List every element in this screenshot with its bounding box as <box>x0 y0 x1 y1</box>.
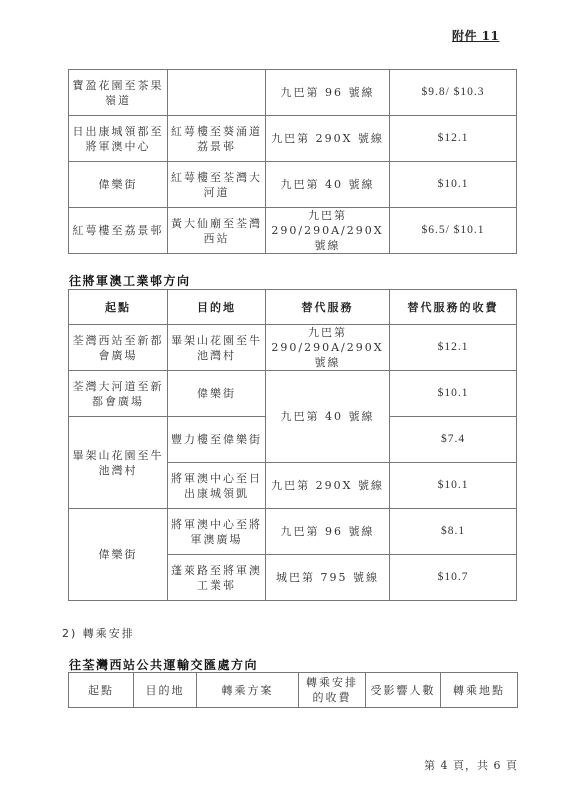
interchange-table: 起點 目的地 轉乘方案 轉乘安排的收費 受影響人數 轉乘地點 <box>68 672 518 708</box>
page-number: 第 4 頁，共 6 頁 <box>424 757 518 773</box>
header-row: 起點 目的地 替代服務 替代服務的收費 <box>69 290 517 325</box>
header-location: 轉乘地點 <box>441 673 518 708</box>
header-destination: 目的地 <box>168 290 266 325</box>
destination-cell: 偉樂街 <box>168 371 266 417</box>
destination-cell: 蓬萊路至將軍澳工業邨 <box>168 555 266 601</box>
origin-cell: 日出康城領都至將軍澳中心 <box>69 116 168 162</box>
header-origin: 起點 <box>69 673 134 708</box>
destination-cell: 紅萼樓至葵涌道荔景邨 <box>168 116 266 162</box>
tko-direction-table: 起點 目的地 替代服務 替代服務的收費 荃灣西站至新都會廣場 畢架山花園至牛池灣… <box>68 289 517 601</box>
destination-cell: 將軍澳中心至日出康城領凱 <box>168 463 266 509</box>
header-fare: 替代服務的收費 <box>390 290 517 325</box>
fare-cell: $9.8/ $10.3 <box>390 70 517 116</box>
header-plan: 轉乘方案 <box>197 673 299 708</box>
table-row: 荃灣西站至新都會廣場 畢架山花園至牛池灣村 九巴第 290/290A/290X … <box>69 325 517 371</box>
table-row: 日出康城領都至將軍澳中心 紅萼樓至葵涌道荔景邨 九巴第 290X 號線 $12.… <box>69 116 517 162</box>
header-destination: 目的地 <box>134 673 197 708</box>
destination-cell: 黃大仙廟至荃灣西站 <box>168 208 266 254</box>
fare-cell: $12.1 <box>390 116 517 162</box>
origin-cell: 荃灣大河道至新都會廣場 <box>69 371 168 417</box>
fare-cell: $10.1 <box>390 463 517 509</box>
annex-label: 附件 11 <box>452 27 499 44</box>
interchange-heading: 2) 轉乘安排 <box>62 625 135 641</box>
destination-cell: 將軍澳中心至將軍澳廣場 <box>168 509 266 555</box>
table-row: 偉樂街 紅萼樓至荃灣大河道 九巴第 40 號線 $10.1 <box>69 162 517 208</box>
service-cell: 九巴第 290X 號線 <box>266 116 390 162</box>
service-cell: 九巴第 290X 號線 <box>266 463 390 509</box>
section-title-tko: 往將軍澳工業邨方向 <box>69 272 191 289</box>
fare-cell: $10.7 <box>390 555 517 601</box>
service-cell: 九巴第 290/290A/290X 號線 <box>266 208 390 254</box>
origin-cell: 寶盈花園至茶果嶺道 <box>69 70 168 116</box>
header-service: 替代服務 <box>266 290 390 325</box>
service-cell: 九巴第 40 號線 <box>266 162 390 208</box>
fare-cell: $6.5/ $10.1 <box>390 208 517 254</box>
table-row: 偉樂街 將軍澳中心至將軍澳廣場 九巴第 96 號線 $8.1 <box>69 509 517 555</box>
origin-cell: 偉樂街 <box>69 509 168 601</box>
header-fare: 轉乘安排的收費 <box>299 673 366 708</box>
table-row: 荃灣大河道至新都會廣場 偉樂街 九巴第 40 號線 $10.1 <box>69 371 517 417</box>
destination-cell: 紅萼樓至荃灣大河道 <box>168 162 266 208</box>
destination-cell <box>168 70 266 116</box>
header-origin: 起點 <box>69 290 168 325</box>
continued-fare-table: 寶盈花園至茶果嶺道 九巴第 96 號線 $9.8/ $10.3 日出康城領都至將… <box>68 69 517 254</box>
service-cell: 九巴第 40 號線 <box>266 371 390 463</box>
header-affected: 受影響人數 <box>366 673 441 708</box>
header-row: 起點 目的地 轉乘方案 轉乘安排的收費 受影響人數 轉乘地點 <box>69 673 518 708</box>
origin-cell: 荃灣西站至新都會廣場 <box>69 325 168 371</box>
service-cell: 九巴第 96 號線 <box>266 509 390 555</box>
origin-cell: 偉樂街 <box>69 162 168 208</box>
origin-cell: 畢架山花園至牛池灣村 <box>69 417 168 509</box>
service-cell: 城巴第 795 號線 <box>266 555 390 601</box>
table-row: 寶盈花園至茶果嶺道 九巴第 96 號線 $9.8/ $10.3 <box>69 70 517 116</box>
service-cell: 九巴第 96 號線 <box>266 70 390 116</box>
destination-cell: 畢架山花園至牛池灣村 <box>168 325 266 371</box>
fare-cell: $12.1 <box>390 325 517 371</box>
destination-cell: 豐力樓至偉樂街 <box>168 417 266 463</box>
section-title-tsuen-wan: 往荃灣西站公共運輸交匯處方向 <box>69 656 258 673</box>
service-cell: 九巴第 290/290A/290X 號線 <box>266 325 390 371</box>
table-row: 紅萼樓至荔景邨 黃大仙廟至荃灣西站 九巴第 290/290A/290X 號線 $… <box>69 208 517 254</box>
fare-cell: $10.1 <box>390 162 517 208</box>
origin-cell: 紅萼樓至荔景邨 <box>69 208 168 254</box>
fare-cell: $10.1 <box>390 371 517 417</box>
fare-cell: $8.1 <box>390 509 517 555</box>
fare-cell: $7.4 <box>390 417 517 463</box>
